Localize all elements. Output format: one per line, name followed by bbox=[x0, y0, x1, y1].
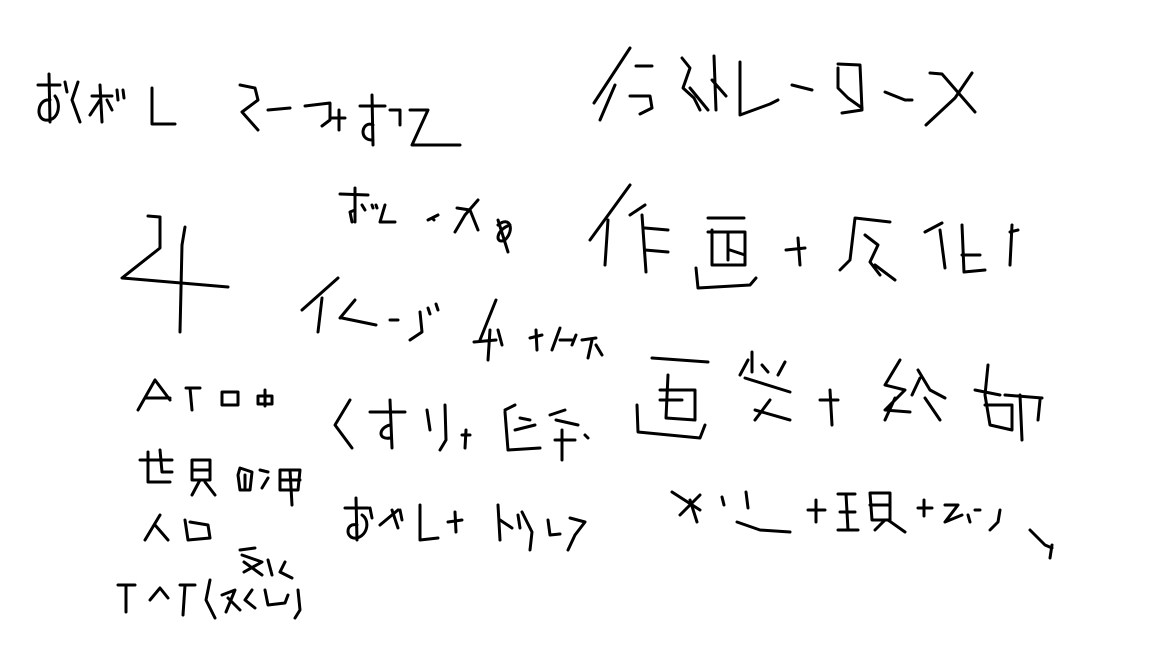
handwriting-top-right bbox=[594, 48, 975, 125]
handwriting-mid-4 bbox=[335, 400, 588, 460]
handwriting-mid-5 bbox=[345, 498, 585, 550]
handwriting-left-4 bbox=[240, 548, 292, 578]
handwriting-right-2 bbox=[637, 352, 1042, 440]
handwriting-left-1 bbox=[138, 380, 272, 410]
handwriting-top-left-2 bbox=[240, 85, 460, 145]
handwriting-mid-3 bbox=[474, 300, 602, 360]
handwriting-left-3 bbox=[145, 515, 210, 540]
handwriting-strokes bbox=[0, 0, 1152, 648]
handwriting-mid-2 bbox=[302, 278, 438, 340]
handwriting-top-left-1 bbox=[38, 74, 175, 124]
handwriting-left-5 bbox=[118, 580, 300, 618]
handwriting-bottom-right bbox=[672, 492, 1052, 558]
handwriting-mid-1 bbox=[340, 188, 510, 252]
handwriting-big-4 bbox=[122, 216, 228, 332]
drawing-canvas[interactable]: おくすりし マーク+すいこ イラストレーター〜X 4 すいとメめ イメージ 料+… bbox=[0, 0, 1152, 648]
handwriting-right-1 bbox=[590, 185, 1018, 288]
handwriting-left-2 bbox=[140, 450, 300, 505]
